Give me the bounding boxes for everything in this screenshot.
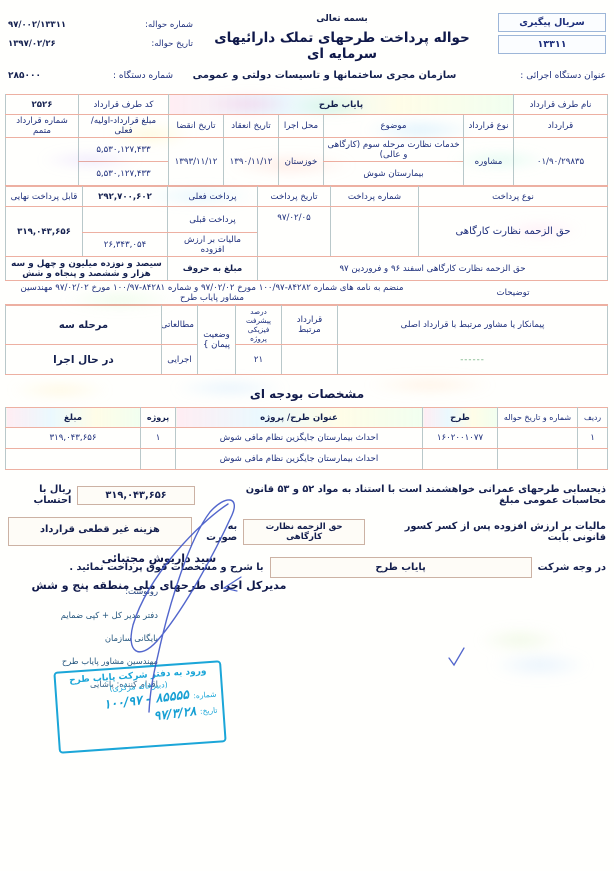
- phase-label: مرحله سه: [6, 306, 162, 345]
- havaleh-date-label: تاریخ حواله:: [151, 39, 193, 49]
- col-header-expiry-date: تاریخ انقضا: [169, 115, 224, 138]
- contract-subject-line1: خدمات نظارت مرحله سوم (کارگاهی و عالی): [324, 138, 464, 162]
- budget-table: ردیف شماره و تاریخ حواله طرح عنوان طرح/ …: [5, 407, 608, 470]
- company-entry-stamp: ورود به دفتر شرکت پایاب طرح (دبیرخانه مر…: [53, 660, 226, 754]
- party-name-label: نام طرف قرارداد: [514, 95, 608, 115]
- contract-table: نام طرف قرارداد پایاب طرح کد طرف قرارداد…: [5, 94, 608, 186]
- col-header-plan: طرح: [423, 408, 498, 428]
- payment-table: نوع پرداخت شماره پرداخت تاریخ پرداخت پرد…: [5, 186, 608, 305]
- col-header-location: محل اجرا: [279, 115, 324, 138]
- cc-label: رونوشت:: [8, 586, 158, 596]
- budget-title-line2: احداث بیمارستان جایگزین نظام مافی شوش: [176, 449, 423, 470]
- state-label-line1: وضعیت: [203, 330, 230, 340]
- related-contract-value: [282, 345, 338, 375]
- budget-plan-code: ۱۶۰۲۰۰۱۰۷۷: [423, 428, 498, 449]
- payment-description: حق الزحمه نظارت کارگاهی اسفند ۹۶ و فرورد…: [258, 257, 608, 281]
- progress-header-line1: درصد پیشرفت: [246, 307, 271, 325]
- havaleh-date-value: ۱۳۹۷/۰۲/۲۶: [8, 39, 56, 49]
- progress-header-line2: فیزیکی پروژه: [248, 325, 270, 343]
- col-header-project-title: عنوان طرح/ پروژه: [176, 408, 423, 428]
- payment-no-value: [331, 207, 419, 257]
- status-table: پیمانکار یا مشاور مرتبط با قرارداد اصلی …: [5, 305, 608, 375]
- budget-empty-cell: [498, 449, 578, 470]
- agency-row: عنوان دستگاه اجرائی : سازمان مجری ساختما…: [8, 70, 606, 81]
- title-block: بسمه تعالی حواله پرداخت طرحهای تملک دارا…: [200, 14, 484, 62]
- tracking-serial-value: ۱۳۳۱۱: [498, 35, 606, 54]
- vat-label: مالیات بر ارزش افزوده: [168, 233, 258, 257]
- amount-in-words-value: سیصد و نوزده میلیون و چهل و سه هزار و شش…: [6, 257, 168, 281]
- stamp-date-value: ۹۷/۳/۲۸: [153, 703, 197, 723]
- col-header-sign-date: تاریخ انعقاد: [224, 115, 279, 138]
- cc-item: مهندسین مشاور پایاب طرح: [8, 656, 158, 666]
- document-header: سریال پیگیری ۱۳۳۱۱ بسمه تعالی حواله پردا…: [0, 0, 614, 94]
- contract-type-value: مشاوره: [464, 138, 514, 186]
- contract-location-value: خوزستان: [279, 138, 324, 186]
- request-line1-text-b: ریال با احتساب: [8, 484, 71, 506]
- request-company-box: پایاب طرح: [270, 557, 532, 578]
- col-header-progress: درصد پیشرفت فیزیکی پروژه: [236, 306, 282, 345]
- request-amount-box: ۳۱۹,۰۴۳,۶۵۶: [77, 486, 194, 505]
- contract-supplement-value: [6, 138, 79, 186]
- budget-empty-cell: [423, 449, 498, 470]
- havaleh-meta: شماره حواله: ۹۷/۰۰۲/۱۳۳۱۱ تاریخ حواله: ۱…: [8, 20, 193, 58]
- previous-payment-amount: [83, 207, 168, 233]
- col-header-project-no: پروژه: [141, 408, 176, 428]
- amount-in-words-label: مبلغ به حروف: [168, 257, 258, 281]
- contract-amount-current: ۵,۵۳۰,۱۲۷,۴۳۳: [79, 162, 169, 186]
- contract-subject-line2: بیمارستان شوش: [324, 162, 464, 186]
- stamp-date-label: تاریخ:: [200, 706, 218, 716]
- budget-row-no: ۱: [578, 428, 608, 449]
- budget-section-title: مشخصات بودجه ای: [0, 387, 614, 401]
- request-line3-text-a: در وجه شرکت: [538, 562, 606, 573]
- col-header-amount: مبلغ قرارداد-اولیه/فعلی: [79, 115, 169, 138]
- party-code-label: کد طرف قرارداد: [79, 95, 169, 115]
- agency-label: عنوان دستگاه اجرائی :: [476, 71, 606, 81]
- previous-payment-label: پرداخت قبلی: [168, 207, 258, 233]
- contract-sign-date-value: ۱۳۹۰/۱۱/۱۲: [224, 138, 279, 186]
- col-header-related-party: پیمانکار یا مشاور مرتبط با قرارداد اصلی: [338, 306, 608, 345]
- col-header-subject: موضوع: [324, 115, 464, 138]
- pact-state-label: وضعیت پیمان {: [198, 306, 236, 375]
- state-option-study: مطالعاتی: [162, 306, 198, 345]
- cc-item: دفتر مدیر کل + کپی ضمایم: [8, 610, 158, 620]
- current-payment-amount: ۲۹۲,۷۰۰,۶۰۲: [83, 187, 168, 207]
- request-line1-text-a: ذیحسابی طرحهای عمرانی خواهشمند است با اس…: [201, 484, 606, 506]
- col-header-related-contract: قرارداد مرتبط: [282, 306, 338, 345]
- final-payable-label: قابل پرداخت نهایی: [6, 187, 83, 207]
- havaleh-no-value: ۹۷/۰۰۲/۱۳۳۱۱: [8, 20, 66, 30]
- col-header-havaleh: شماره و تاریخ حواله: [498, 408, 578, 428]
- havaleh-no-label: شماره حواله:: [145, 20, 193, 30]
- final-payable-amount: ۳۱۹,۰۴۳,۶۵۶: [6, 207, 83, 257]
- request-expense-type-box: هزینه غیر قطعی قرارداد: [8, 517, 192, 546]
- current-payment-label: پرداخت فعلی: [168, 187, 258, 207]
- budget-title-line1: احداث بیمارستان جایگزین نظام مافی شوش: [176, 428, 423, 449]
- cc-item: بایگانی سازمان: [8, 633, 158, 643]
- contract-amount-initial: ۵,۵۳۰,۱۲۷,۴۳۳: [79, 138, 169, 162]
- progress-value: ۲۱: [236, 345, 282, 375]
- budget-project-no: ۱: [141, 428, 176, 449]
- related-party-value: ------: [338, 345, 608, 375]
- contract-no-value: ۰۱/۹۰/۲۹۸۳۵: [514, 138, 608, 186]
- col-header-amount: مبلغ: [6, 408, 141, 428]
- budget-empty-cell: [578, 449, 608, 470]
- col-header-payment-type: نوع پرداخت: [419, 187, 608, 207]
- request-fee-type-box: حق الزحمه نظارت کارگاهی: [243, 519, 365, 545]
- device-no-value: ۲۸۵۰۰۰: [8, 71, 41, 81]
- col-header-row-no: ردیف: [578, 408, 608, 428]
- state-option-exec: اجرایی: [162, 345, 198, 375]
- col-header-payment-no: شماره پرداخت: [331, 187, 419, 207]
- budget-empty-cell: [6, 449, 141, 470]
- payment-date-value: ۹۷/۰۲/۰۵: [258, 207, 331, 257]
- signatory-name: سید داریوش مجتبائی: [14, 552, 304, 565]
- notes-label: توضیحات: [419, 281, 608, 305]
- check-icon: [449, 648, 464, 665]
- page-title: حواله پرداخت طرحهای تملک دارائیهای سرمای…: [200, 30, 484, 62]
- col-header-contract: قرارداد: [514, 115, 608, 138]
- request-line2-text-b: به صورت: [198, 521, 237, 543]
- tracking-serial-box: سریال پیگیری ۱۳۳۱۱: [498, 13, 606, 57]
- notes-value: منضم به نامه های شماره ۸۴۲۸۲-۱۰۰/۹۷ مورخ…: [6, 281, 419, 305]
- budget-amount: ۳۱۹,۰۴۳,۶۵۶: [6, 428, 141, 449]
- request-line2-text-a: مالیات بر ارزش افزوده پس از کسر کسور قان…: [371, 521, 606, 543]
- vat-amount: ۲۶,۳۴۳,۰۵۴: [83, 233, 168, 257]
- payment-type-value: حق الزحمه نظارت کارگاهی: [419, 207, 608, 257]
- party-code-value: ۲۵۲۶: [6, 95, 79, 115]
- state-brace: {: [203, 340, 208, 350]
- party-name-value: پایاب طرح: [169, 95, 514, 115]
- budget-empty-cell: [141, 449, 176, 470]
- stamp-no-label: شماره:: [193, 690, 217, 701]
- bismillah-text: بسمه تعالی: [200, 14, 484, 24]
- agency-name: سازمان مجری ساختمانها و تاسیسات دولتی و …: [173, 70, 476, 81]
- budget-havaleh-value: [498, 428, 578, 449]
- contract-expiry-date-value: ۱۳۹۳/۱۱/۱۲: [169, 138, 224, 186]
- device-no-label: شماره دستگاه :: [113, 71, 173, 81]
- col-header-type: نوع قرارداد: [464, 115, 514, 138]
- col-header-payment-date: تاریخ پرداخت: [258, 187, 331, 207]
- tracking-serial-label: سریال پیگیری: [498, 13, 606, 32]
- col-header-supplement: شماره قرارداد متمم: [6, 115, 79, 138]
- phase-value: در حال اجرا: [6, 345, 162, 375]
- state-label-line2: پیمان: [211, 340, 230, 350]
- scanned-payment-order-document: سریال پیگیری ۱۳۳۱۱ بسمه تعالی حواله پردا…: [0, 0, 614, 871]
